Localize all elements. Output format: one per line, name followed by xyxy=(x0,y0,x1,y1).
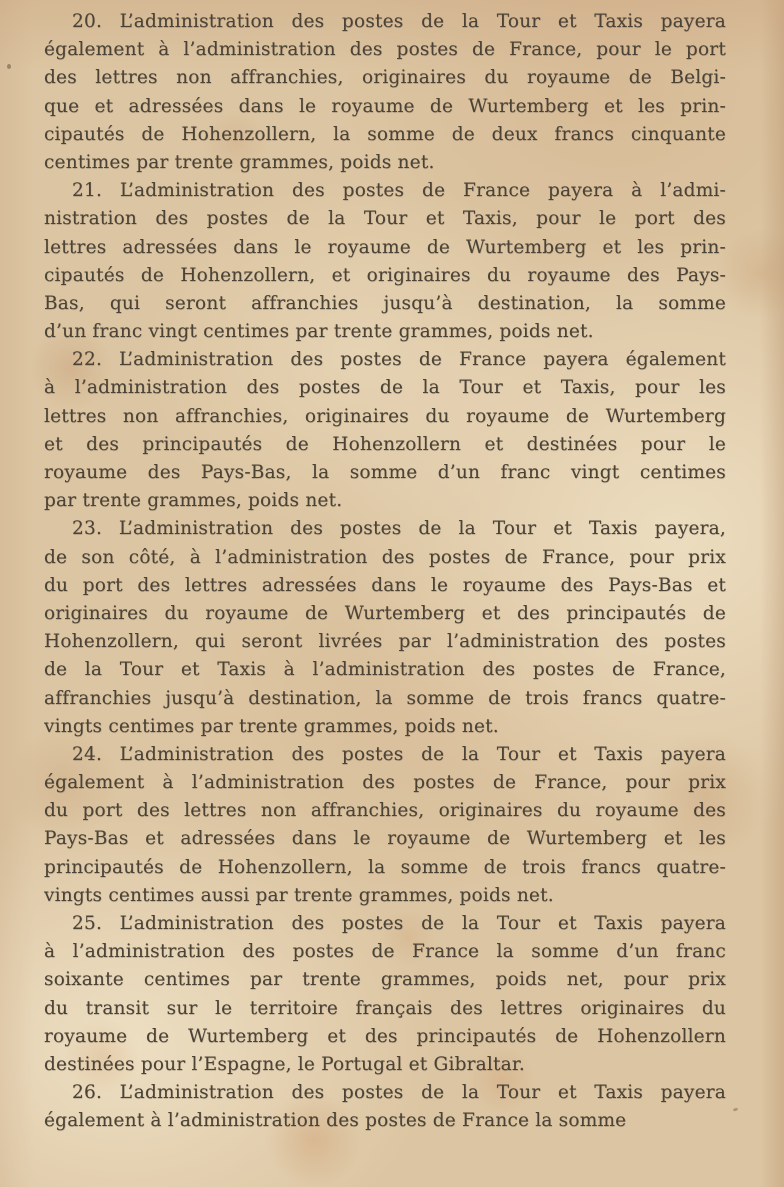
paragraph-20: 20. L’administration des postes de la To… xyxy=(44,8,726,177)
text-line: également à l’administration des postes … xyxy=(44,1107,726,1135)
text-line: soixante centimes par trente grammes, po… xyxy=(44,966,726,994)
text-line: Hohenzollern, qui seront livrées par l’a… xyxy=(44,628,726,656)
text-line: de la Tour et Taxis à l’administration d… xyxy=(44,656,726,684)
text-line: 23. L’administration des postes de la To… xyxy=(44,515,726,543)
text-line: du transit sur le territoire français de… xyxy=(44,995,726,1023)
paragraph-24: 24. L’administration des postes de la To… xyxy=(44,741,726,910)
ink-speck xyxy=(733,1107,739,1112)
text-line: nistration des postes de la Tour et Taxi… xyxy=(44,205,726,233)
text-line: cipautés de Hohenzollern, la somme de de… xyxy=(44,121,726,149)
text-line: et des principautés de Hohenzollern et d… xyxy=(44,431,726,459)
text-line: 21. L’administration des postes de Franc… xyxy=(44,177,726,205)
text-line: également à l’administration des postes … xyxy=(44,769,726,797)
text-line: de son côté, à l’administration des post… xyxy=(44,544,726,572)
paragraph-25: 25. L’administration des postes de la To… xyxy=(44,910,726,1079)
text-line: 25. L’administration des postes de la To… xyxy=(44,910,726,938)
document-page: 20. L’administration des postes de la To… xyxy=(0,0,784,1187)
text-line: principautés de Hohenzollern, la somme d… xyxy=(44,854,726,882)
text-line: 26. L’administration des postes de la To… xyxy=(44,1079,726,1107)
text-line: royaume de Wurtemberg et des principauté… xyxy=(44,1023,726,1051)
ink-speck xyxy=(7,64,11,69)
text-line: lettres adressées dans le royaume de Wur… xyxy=(44,234,726,262)
text-line: également à l’administration des postes … xyxy=(44,36,726,64)
text-line: Bas, qui seront affranchies jusqu’à dest… xyxy=(44,290,726,318)
text-line: d’un franc vingt centimes par trente gra… xyxy=(44,318,726,346)
text-line: cipautés de Hohenzollern, et originaires… xyxy=(44,262,726,290)
paragraph-21: 21. L’administration des postes de Franc… xyxy=(44,177,726,346)
text-line: royaume des Pays-Bas, la somme d’un fran… xyxy=(44,459,726,487)
text-line: 24. L’administration des postes de la To… xyxy=(44,741,726,769)
text-line: à l’administration des postes de la Tour… xyxy=(44,374,726,402)
paragraph-26: 26. L’administration des postes de la To… xyxy=(44,1079,726,1135)
text-line: Pays-Bas et adressées dans le royaume de… xyxy=(44,825,726,853)
text-line: 20. L’administration des postes de la To… xyxy=(44,8,726,36)
text-line: centimes par trente grammes, poids net. xyxy=(44,149,726,177)
paragraph-23: 23. L’administration des postes de la To… xyxy=(44,515,726,741)
text-line: des lettres non affranchies, originaires… xyxy=(44,64,726,92)
text-line: destinées pour l’Espagne, le Portugal et… xyxy=(44,1051,726,1079)
text-line: vingts centimes par trente grammes, poid… xyxy=(44,713,726,741)
text-line: que et adressées dans le royaume de Wurt… xyxy=(44,93,726,121)
text-line: originaires du royaume de Wurtemberg et … xyxy=(44,600,726,628)
text-line: affranchies jusqu’à destination, la somm… xyxy=(44,685,726,713)
text-block: 20. L’administration des postes de la To… xyxy=(44,8,726,1136)
text-line: à l’administration des postes de France … xyxy=(44,938,726,966)
text-line: vingts centimes aussi par trente grammes… xyxy=(44,882,726,910)
text-line: du port des lettres adressées dans le ro… xyxy=(44,572,726,600)
text-line: du port des lettres non affranchies, ori… xyxy=(44,797,726,825)
text-line: par trente grammes, poids net. xyxy=(44,487,726,515)
text-line: lettres non affranchies, originaires du … xyxy=(44,403,726,431)
text-line: 22. L’administration des postes de Franc… xyxy=(44,346,726,374)
paragraph-22: 22. L’administration des postes de Franc… xyxy=(44,346,726,515)
